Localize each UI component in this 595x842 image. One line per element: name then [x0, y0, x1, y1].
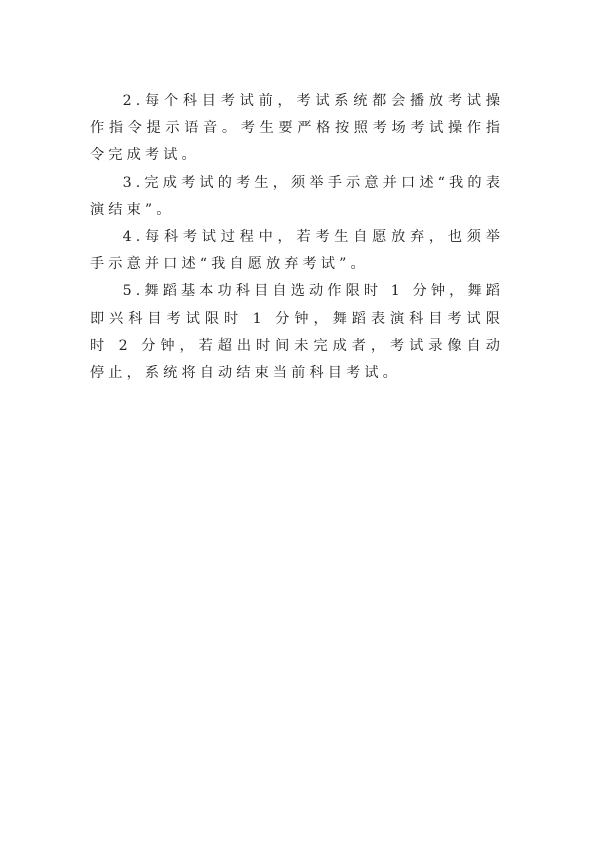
- paragraph-rule-3: 3.完成考试的考生，须举手示意并口述“我的表演结束”。: [90, 170, 504, 224]
- paragraph-rule-5: 5.舞蹈基本功科目自选动作限时 1 分钟，舞蹈即兴科目考试限时 1 分钟，舞蹈表…: [90, 278, 504, 387]
- document-page: 2.每个科目考试前，考试系统都会播放考试操作指令提示语音。考生要严格按照考场考试…: [90, 88, 504, 387]
- paragraph-rule-4: 4.每科考试过程中，若考生自愿放弃，也须举手示意并口述“我自愿放弃考试”。: [90, 224, 504, 278]
- paragraph-rule-2: 2.每个科目考试前，考试系统都会播放考试操作指令提示语音。考生要严格按照考场考试…: [90, 88, 504, 170]
